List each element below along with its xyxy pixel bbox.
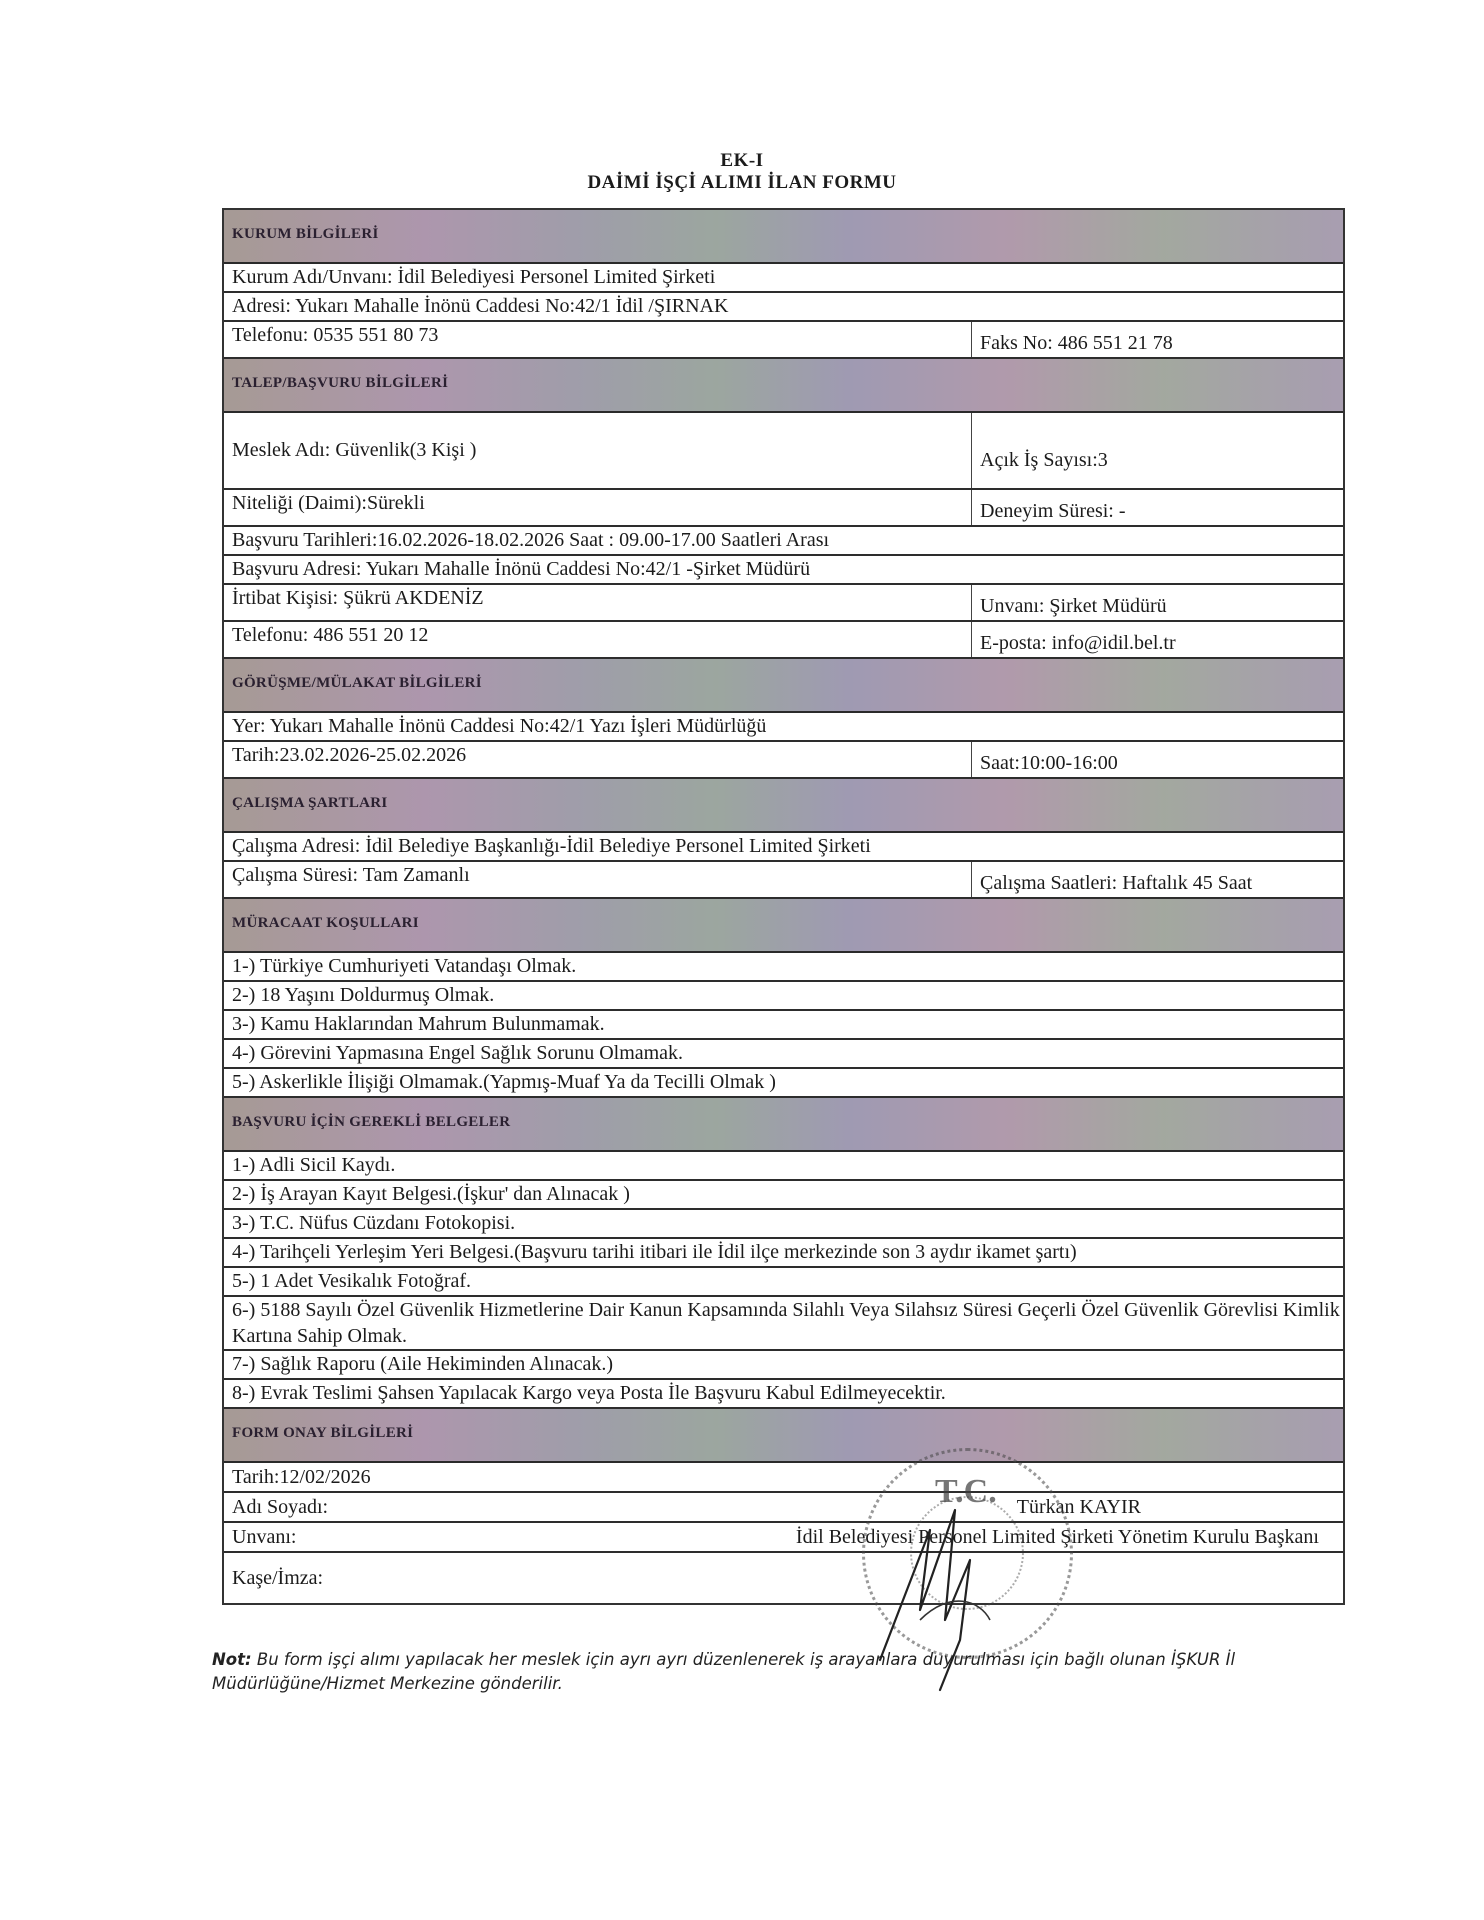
- application-address-row: Başvuru Adresi: Yukarı Mahalle İnönü Cad…: [224, 556, 1343, 585]
- kurum-contact-row: Telefonu: 0535 551 80 73 Faks No: 486 55…: [224, 322, 1343, 359]
- condition-item: 2-) 18 Yaşını Doldurmuş Olmak.: [224, 982, 1343, 1011]
- work-duration: Çalışma Süresi: Tam Zamanlı: [224, 862, 971, 897]
- title-value: İdil Belediyesi Personel Limited Şirketi…: [796, 1523, 1319, 1551]
- contact-person-row: İrtibat Kişisi: Şükrü AKDENİZ Unvanı: Şi…: [224, 585, 1343, 622]
- condition-text: 2-) 18 Yaşını Doldurmuş Olmak.: [224, 982, 1343, 1009]
- document-item: 6-) 5188 Sayılı Özel Güvenlik Hizmetleri…: [224, 1297, 1343, 1351]
- approval-seal-row: Kaşe/İmza:: [224, 1553, 1343, 1603]
- kurum-address: Adresi: Yukarı Mahalle İnönü Caddesi No:…: [224, 293, 1343, 320]
- interview-place-row: Yer: Yukarı Mahalle İnönü Caddesi No:42/…: [224, 713, 1343, 742]
- document-item: 7-) Sağlık Raporu (Aile Hekiminden Alına…: [224, 1351, 1343, 1380]
- kurum-address-row: Adresi: Yukarı Mahalle İnönü Caddesi No:…: [224, 293, 1343, 322]
- kurum-fax: Faks No: 486 551 21 78: [971, 322, 1343, 357]
- interview-place: Yer: Yukarı Mahalle İnönü Caddesi No:42/…: [224, 713, 1343, 740]
- section-title: MÜRACAAT KOŞULLARI: [232, 915, 419, 932]
- section-onay-header: FORM ONAY BİLGİLERİ: [224, 1409, 1343, 1463]
- section-kurum-header: KURUM BİLGİLERİ: [224, 210, 1343, 264]
- occupation-row: Meslek Adı: Güvenlik(3 Kişi ) Açık İş Sa…: [224, 413, 1343, 490]
- form-title: DAİMİ İŞÇİ ALIMI İLAN FORMU: [0, 172, 1484, 194]
- name-label: Adı Soyadı:: [232, 1493, 328, 1521]
- interview-date-row: Tarih:23.02.2026-25.02.2026 Saat:10:00-1…: [224, 742, 1343, 779]
- section-title: FORM ONAY BİLGİLERİ: [232, 1425, 413, 1442]
- document-text: 6-) 5188 Sayılı Özel Güvenlik Hizmetleri…: [224, 1297, 1343, 1349]
- document-item: 2-) İş Arayan Kayıt Belgesi.(İşkur' dan …: [224, 1181, 1343, 1210]
- kurum-name-row: Kurum Adı/Unvanı: İdil Belediyesi Person…: [224, 264, 1343, 293]
- document-text: 7-) Sağlık Raporu (Aile Hekiminden Alına…: [224, 1351, 1343, 1378]
- approval-title-row: Unvanı: İdil Belediyesi Personel Limited…: [224, 1523, 1343, 1553]
- section-calisma-header: ÇALIŞMA ŞARTLARI: [224, 779, 1343, 833]
- interview-time: Saat:10:00-16:00: [971, 742, 1343, 777]
- document-text: 1-) Adli Sicil Kaydı.: [224, 1152, 1343, 1179]
- document-text: 4-) Tarihçeli Yerleşim Yeri Belgesi.(Baş…: [224, 1239, 1343, 1266]
- section-belgeler-header: BAŞVURU İÇİN GEREKLİ BELGELER: [224, 1098, 1343, 1152]
- document-item: 3-) T.C. Nüfus Cüzdanı Fotokopisi.: [224, 1210, 1343, 1239]
- annex-label: EK-I: [0, 150, 1484, 172]
- condition-text: 4-) Görevini Yapmasına Engel Sağlık Soru…: [224, 1040, 1343, 1067]
- condition-text: 3-) Kamu Haklarından Mahrum Bulunmamak.: [224, 1011, 1343, 1038]
- section-gorusme-header: GÖRÜŞME/MÜLAKAT BİLGİLERİ: [224, 659, 1343, 713]
- condition-item: 1-) Türkiye Cumhuriyeti Vatandaşı Olmak.: [224, 953, 1343, 982]
- occupation: Meslek Adı: Güvenlik(3 Kişi ): [224, 413, 971, 488]
- work-duration-row: Çalışma Süresi: Tam Zamanlı Çalışma Saat…: [224, 862, 1343, 899]
- section-title: KURUM BİLGİLERİ: [232, 226, 379, 243]
- work-hours: Çalışma Saatleri: Haftalık 45 Saat: [971, 862, 1343, 897]
- experience: Deneyim Süresi: -: [971, 490, 1343, 525]
- condition-item: 4-) Görevini Yapmasına Engel Sağlık Soru…: [224, 1040, 1343, 1069]
- seal-label: Kaşe/İmza:: [232, 1553, 323, 1603]
- contact-person: İrtibat Kişisi: Şükrü AKDENİZ: [224, 585, 971, 620]
- approval-date: Tarih:12/02/2026: [232, 1463, 371, 1491]
- work-address: Çalışma Adresi: İdil Belediye Başkanlığı…: [224, 833, 1343, 860]
- section-title: TALEP/BAŞVURU BİLGİLERİ: [232, 375, 448, 392]
- kurum-phone: Telefonu: 0535 551 80 73: [224, 322, 971, 357]
- document-text: 2-) İş Arayan Kayıt Belgesi.(İşkur' dan …: [224, 1181, 1343, 1208]
- section-title: ÇALIŞMA ŞARTLARI: [232, 795, 388, 812]
- contact-phone-row: Telefonu: 486 551 20 12 E-posta: info@id…: [224, 622, 1343, 659]
- document-item: 8-) Evrak Teslimi Şahsen Yapılacak Kargo…: [224, 1380, 1343, 1409]
- section-title: BAŞVURU İÇİN GEREKLİ BELGELER: [232, 1114, 510, 1131]
- document-item: 4-) Tarihçeli Yerleşim Yeri Belgesi.(Baş…: [224, 1239, 1343, 1268]
- contact-title: Unvanı: Şirket Müdürü: [971, 585, 1343, 620]
- work-address-row: Çalışma Adresi: İdil Belediye Başkanlığı…: [224, 833, 1343, 862]
- document-header: EK-I DAİMİ İŞÇİ ALIMI İLAN FORMU: [0, 150, 1484, 194]
- document-item: 1-) Adli Sicil Kaydı.: [224, 1152, 1343, 1181]
- nature-row: Niteliği (Daimi):Sürekli Deneyim Süresi:…: [224, 490, 1343, 527]
- contact-email: E-posta: info@idil.bel.tr: [971, 622, 1343, 657]
- footer-note: Not: Bu form işçi alımı yapılacak her me…: [212, 1648, 1312, 1696]
- condition-text: 5-) Askerlikle İlişiği Olmamak.(Yapmış-M…: [224, 1069, 1343, 1096]
- application-dates-row: Başvuru Tarihleri:16.02.2026-18.02.2026 …: [224, 527, 1343, 556]
- section-muracaat-header: MÜRACAAT KOŞULLARI: [224, 899, 1343, 953]
- job-posting-form: KURUM BİLGİLERİ Kurum Adı/Unvanı: İdil B…: [222, 208, 1345, 1605]
- section-title: GÖRÜŞME/MÜLAKAT BİLGİLERİ: [232, 675, 482, 692]
- interview-date: Tarih:23.02.2026-25.02.2026: [224, 742, 971, 777]
- document-text: 3-) T.C. Nüfus Cüzdanı Fotokopisi.: [224, 1210, 1343, 1237]
- kurum-name: Kurum Adı/Unvanı: İdil Belediyesi Person…: [224, 264, 1343, 291]
- approval-date-row: Tarih:12/02/2026: [224, 1463, 1343, 1493]
- open-positions: Açık İş Sayısı:3: [971, 413, 1343, 488]
- document-text: 8-) Evrak Teslimi Şahsen Yapılacak Kargo…: [224, 1380, 1343, 1407]
- section-talep-header: TALEP/BAŞVURU BİLGİLERİ: [224, 359, 1343, 413]
- document-item: 5-) 1 Adet Vesikalık Fotoğraf.: [224, 1268, 1343, 1297]
- approval-name-row: Adı Soyadı: Türkan KAYIR: [224, 1493, 1343, 1523]
- contact-phone: Telefonu: 486 551 20 12: [224, 622, 971, 657]
- title-label: Unvanı:: [232, 1523, 296, 1551]
- nature: Niteliği (Daimi):Sürekli: [224, 490, 971, 525]
- document-text: 5-) 1 Adet Vesikalık Fotoğraf.: [224, 1268, 1343, 1295]
- note-label: Not:: [212, 1650, 252, 1669]
- condition-text: 1-) Türkiye Cumhuriyeti Vatandaşı Olmak.: [224, 953, 1343, 980]
- condition-item: 5-) Askerlikle İlişiği Olmamak.(Yapmış-M…: [224, 1069, 1343, 1098]
- application-dates: Başvuru Tarihleri:16.02.2026-18.02.2026 …: [224, 527, 1343, 554]
- name-value: Türkan KAYIR: [1017, 1493, 1141, 1521]
- note-text: Bu form işçi alımı yapılacak her meslek …: [212, 1650, 1235, 1693]
- condition-item: 3-) Kamu Haklarından Mahrum Bulunmamak.: [224, 1011, 1343, 1040]
- application-address: Başvuru Adresi: Yukarı Mahalle İnönü Cad…: [224, 556, 1343, 583]
